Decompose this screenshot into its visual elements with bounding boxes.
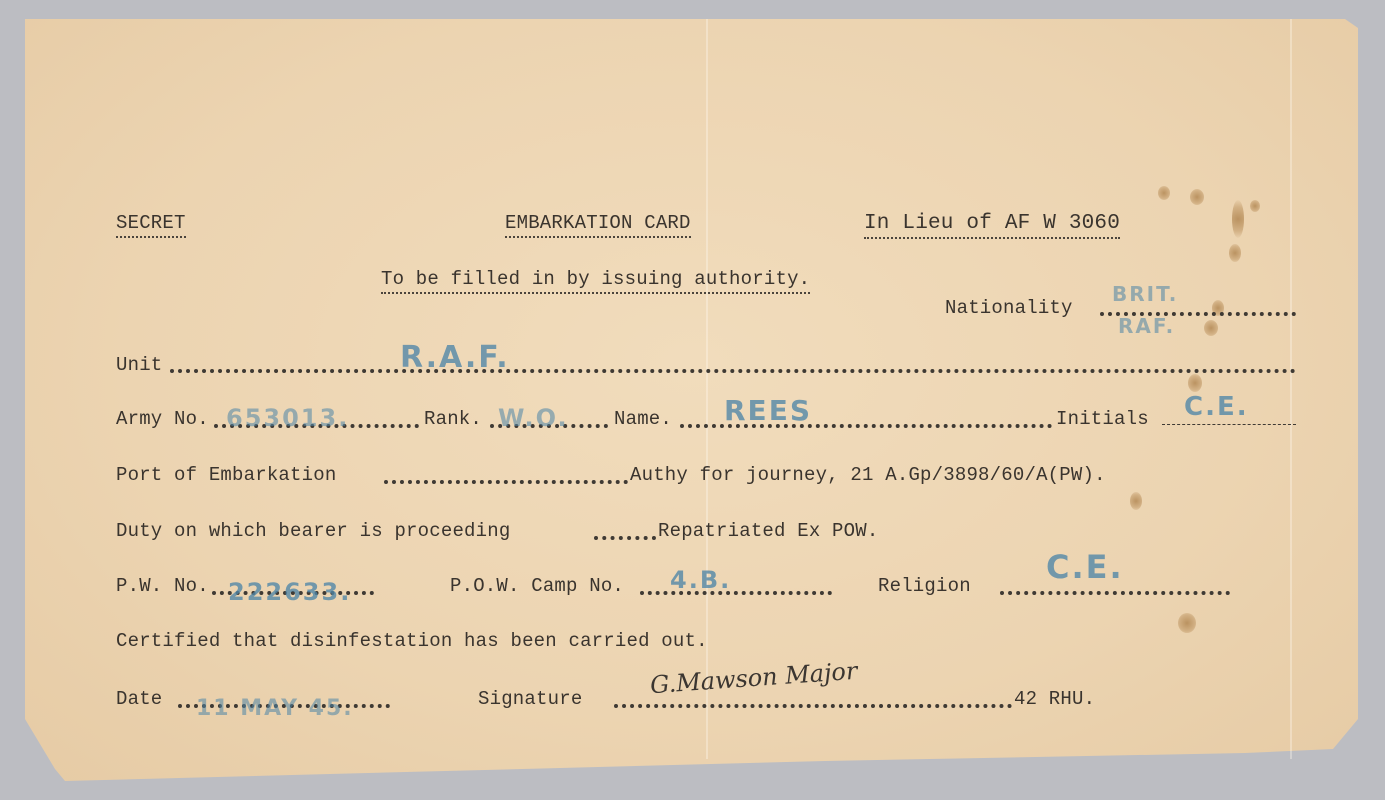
initials-label: Initials — [1056, 408, 1149, 430]
nationality-label: Nationality — [945, 297, 1073, 319]
pow-camp-no-label: P.O.W. Camp No. — [450, 575, 624, 597]
signature-unit-suffix: 42 RHU. — [1014, 688, 1095, 710]
pow-camp-no-stamp: 4.B. — [670, 566, 731, 594]
duty-value: Repatriated Ex POW. — [658, 520, 878, 542]
initials-field-line — [1162, 424, 1296, 425]
embarkation-card — [25, 19, 1358, 781]
unit-label: Unit — [116, 354, 162, 376]
stain-spot — [1204, 320, 1218, 336]
date-label: Date — [116, 688, 162, 710]
stain-spot — [1178, 613, 1196, 633]
classification-label: SECRET — [116, 212, 186, 238]
signature-field-line — [614, 704, 1012, 708]
signature-label: Signature — [478, 688, 582, 710]
stain-spot — [1229, 244, 1241, 262]
form-reference: In Lieu of AF W 3060 — [864, 212, 1120, 239]
nationality-stamp-service: RAF. — [1118, 314, 1175, 338]
pow-camp-no-field-line — [640, 591, 832, 595]
rank-label: Rank. — [424, 408, 482, 430]
card-title: EMBARKATION CARD — [505, 212, 691, 238]
religion-stamp: C.E. — [1046, 548, 1124, 586]
instruction-text: To be filled in by issuing authority. — [381, 268, 810, 294]
date-stamp: 11 MAY 45. — [196, 696, 354, 721]
religion-field-line — [1000, 591, 1230, 595]
rank-stamp: W.O. — [498, 404, 569, 432]
stain-spot — [1188, 374, 1202, 392]
duty-field-line — [594, 536, 656, 540]
army-no-label: Army No. — [116, 408, 209, 430]
port-of-embarkation-label: Port of Embarkation — [116, 464, 336, 486]
pw-no-label: P.W. No. — [116, 575, 209, 597]
pw-no-stamp: 222633. — [228, 578, 351, 606]
certification-text: Certified that disinfestation has been c… — [116, 630, 708, 652]
stain-spot — [1190, 189, 1204, 205]
name-label: Name. — [614, 408, 672, 430]
name-stamp: REES — [724, 394, 812, 427]
unit-stamp: R.A.F. — [400, 340, 510, 375]
stain-spot — [1130, 492, 1142, 510]
initials-stamp: C.E. — [1184, 392, 1249, 422]
religion-label: Religion — [878, 575, 971, 597]
duty-label: Duty on which bearer is proceeding — [116, 520, 510, 542]
port-of-embarkation-field-line — [384, 480, 628, 484]
paper-fold-crease — [1290, 19, 1292, 759]
stain-spot — [1232, 200, 1244, 238]
stain-spot — [1250, 200, 1260, 212]
unit-field-line — [170, 369, 1296, 373]
port-of-embarkation-value: Authy for journey, 21 A.Gp/3898/60/A(PW)… — [630, 464, 1106, 486]
stain-spot — [1158, 186, 1170, 200]
army-no-stamp: 653013. — [226, 404, 349, 432]
nationality-stamp: BRIT. — [1112, 282, 1178, 306]
